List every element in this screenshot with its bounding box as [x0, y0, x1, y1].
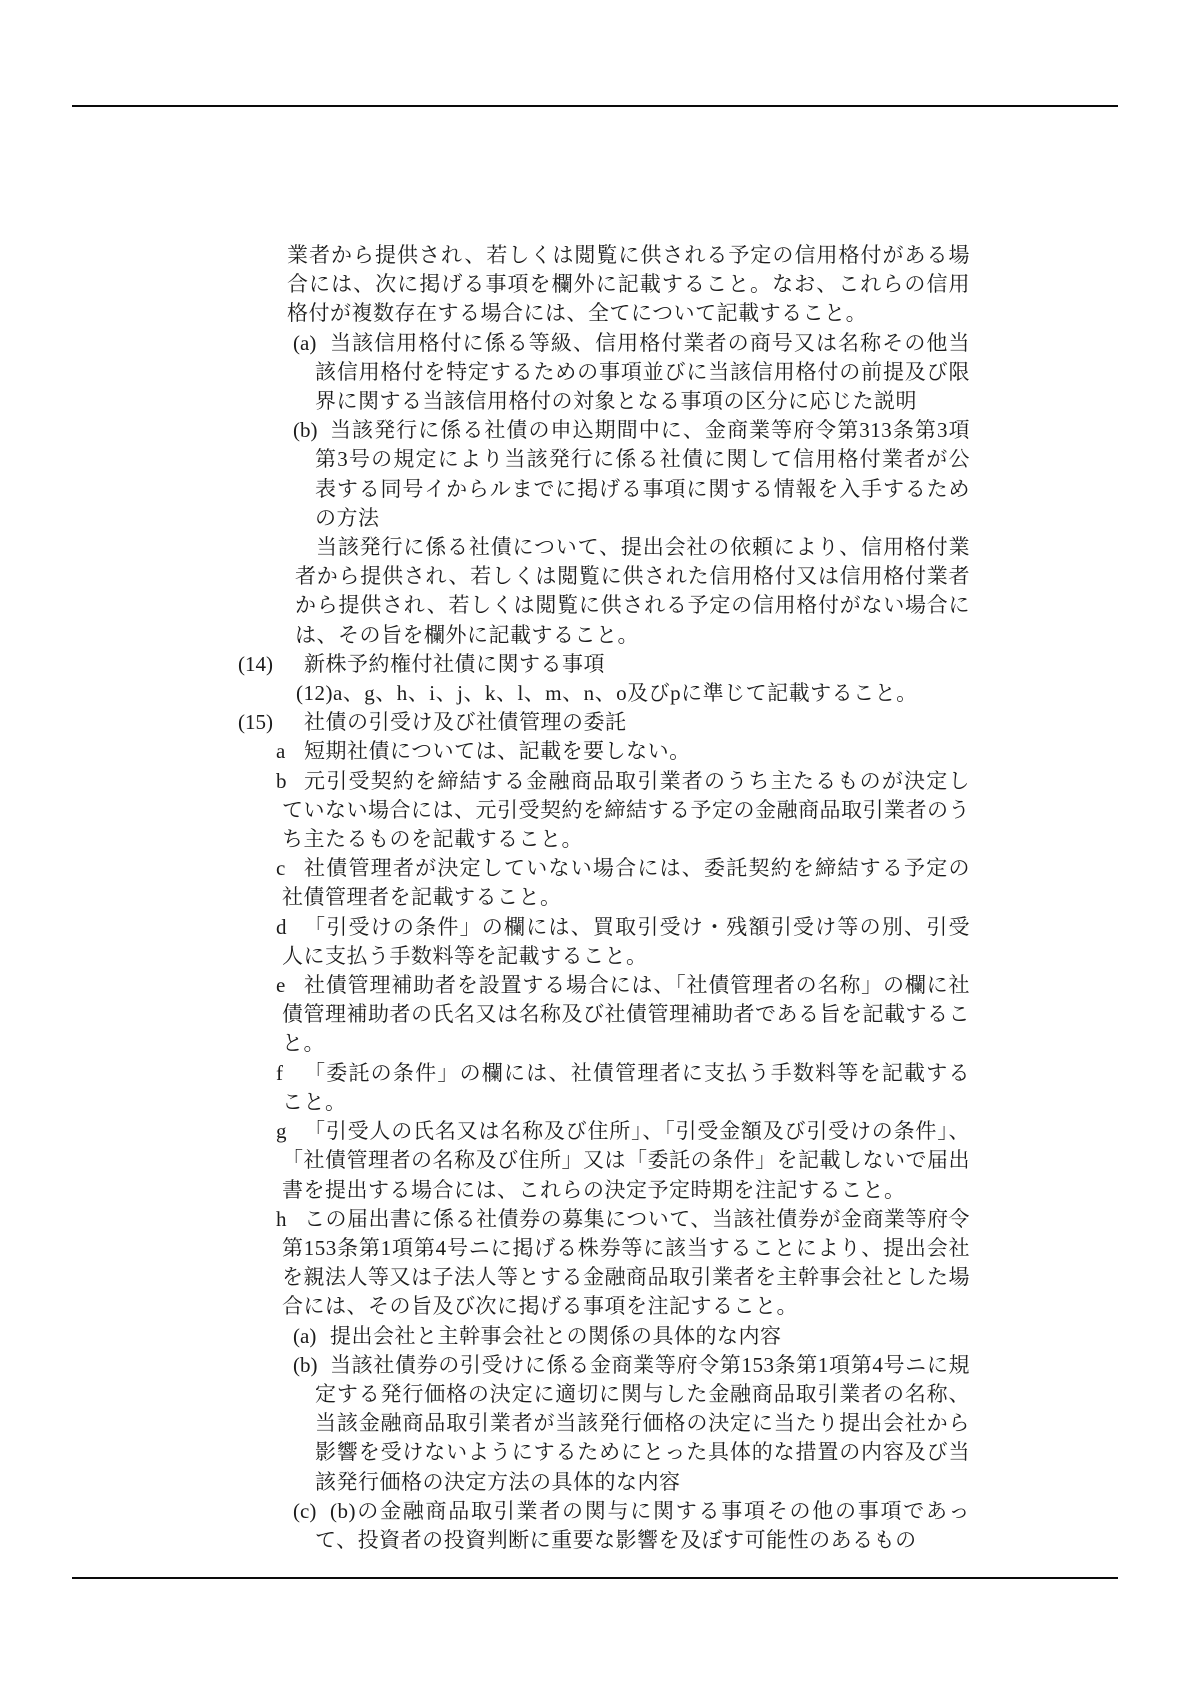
item-label: h [276, 1205, 287, 1234]
item-text: (12)a、g、h、i、j、k、l、m、n、o及びpに準じて記載すること。 [296, 681, 918, 705]
item-text: 業者から提供され、若しくは閲覧に供される予定の信用格付がある場合には、次に掲げる… [287, 243, 970, 325]
item-text: 社債の引受け及び社債管理の委託 [304, 710, 627, 734]
top-rule [72, 105, 1118, 107]
item-label: (14) [238, 650, 273, 679]
item-label: (b) [293, 1351, 318, 1380]
text-block-paren: (a)当該信用格付に係る等級、信用格付業者の商号又は名称その他当該信用格付を特定… [315, 329, 970, 417]
item-text: 「引受人の氏名又は名称及び住所」、「引受金額及び引受けの条件」、「社債管理者の名… [282, 1119, 970, 1201]
item-text: 社債管理補助者を設置する場合には、「社債管理者の名称」の欄に社債管理補助者の氏名… [282, 973, 970, 1055]
bottom-rule [72, 1577, 1118, 1579]
item-label: f [276, 1059, 283, 1088]
item-text: 「引受けの条件」の欄には、買取引受け・残額引受け等の別、引受人に支払う手数料等を… [282, 915, 970, 968]
text-block-alpha: c社債管理者が決定していない場合には、委託契約を締結する予定の社債管理者を記載す… [282, 854, 970, 912]
text-block-plain: 業者から提供され、若しくは閲覧に供される予定の信用格付がある場合には、次に掲げる… [287, 241, 970, 329]
item-text: 当該社債券の引受けに係る金商業等府令第153条第1項第4号ニに規定する発行価格の… [315, 1353, 970, 1494]
text-block-alpha: d「引受けの条件」の欄には、買取引受け・残額引受け等の別、引受人に支払う手数料等… [282, 913, 970, 971]
text-block-alpha: g「引受人の氏名又は名称及び住所」、「引受金額及び引受けの条件」、「社債管理者の… [282, 1117, 970, 1205]
text-block-inner: 当該発行に係る社債について、提出会社の依頼により、信用格付業者から提供され、若し… [295, 533, 970, 650]
item-text: 当該信用格付に係る等級、信用格付業者の商号又は名称その他当該信用格付を特定するた… [315, 331, 970, 413]
item-text: 新株予約権付社債に関する事項 [304, 652, 605, 676]
item-label: c [276, 854, 285, 883]
item-text: 当該発行に係る社債について、提出会社の依頼により、信用格付業者から提供され、若し… [295, 535, 970, 647]
item-label: b [276, 767, 287, 796]
text-block-alpha: a短期社債については、記載を要しない。 [282, 737, 970, 766]
item-label: (a) [293, 329, 316, 358]
item-text: 元引受契約を締結する金融商品取引業者のうち主たるものが決定していない場合には、元… [282, 769, 970, 851]
item-label: (15) [238, 708, 273, 737]
item-label: g [276, 1117, 287, 1146]
document-page: 業者から提供され、若しくは閲覧に供される予定の信用格付がある場合には、次に掲げる… [0, 0, 1192, 1685]
item-label: d [276, 913, 287, 942]
document-body: 業者から提供され、若しくは閲覧に供される予定の信用格付がある場合には、次に掲げる… [238, 241, 970, 1555]
item-label: (b) [293, 416, 318, 445]
item-text: 短期社債については、記載を要しない。 [304, 739, 691, 763]
text-block-paren: (b)当該社債券の引受けに係る金商業等府令第153条第1項第4号ニに規定する発行… [315, 1351, 970, 1497]
item-label: (a) [293, 1322, 316, 1351]
item-text: 社債管理者が決定していない場合には、委託契約を締結する予定の社債管理者を記載する… [282, 856, 970, 909]
text-block-ref: (12)a、g、h、i、j、k、l、m、n、o及びpに準じて記載すること。 [296, 679, 970, 708]
text-block-alpha: hこの届出書に係る社債券の募集について、当該社債券が金商業等府令第153条第1項… [282, 1205, 970, 1322]
text-block-alpha: b元引受契約を締結する金融商品取引業者のうち主たるものが決定していない場合には、… [282, 767, 970, 855]
text-block-alpha: e社債管理補助者を設置する場合には、「社債管理者の名称」の欄に社債管理補助者の氏… [282, 971, 970, 1059]
item-label: (c) [293, 1497, 316, 1526]
text-block-paren: (b)当該発行に係る社債の申込期間中に、金商業等府令第313条第3項第3号の規定… [315, 416, 970, 533]
text-block-alpha: f「委託の条件」の欄には、社債管理者に支払う手数料等を記載すること。 [282, 1059, 970, 1117]
item-text: この届出書に係る社債券の募集について、当該社債券が金商業等府令第153条第1項第… [282, 1207, 970, 1319]
text-block-num: (14)新株予約権付社債に関する事項 [304, 650, 970, 679]
text-block-num: (15)社債の引受け及び社債管理の委託 [304, 708, 970, 737]
text-block-paren: (c)(b)の金融商品取引業者の関与に関する事項その他の事項であって、投資者の投… [315, 1497, 970, 1555]
item-text: (b)の金融商品取引業者の関与に関する事項その他の事項であって、投資者の投資判断… [315, 1499, 970, 1552]
item-text: 「委託の条件」の欄には、社債管理者に支払う手数料等を記載すること。 [282, 1061, 970, 1114]
item-label: a [276, 737, 285, 766]
item-text: 提出会社と主幹事会社との関係の具体的な内容 [330, 1324, 782, 1348]
item-text: 当該発行に係る社債の申込期間中に、金商業等府令第313条第3項第3号の規定により… [315, 418, 970, 530]
item-label: e [276, 971, 285, 1000]
text-block-paren: (a)提出会社と主幹事会社との関係の具体的な内容 [315, 1322, 970, 1351]
